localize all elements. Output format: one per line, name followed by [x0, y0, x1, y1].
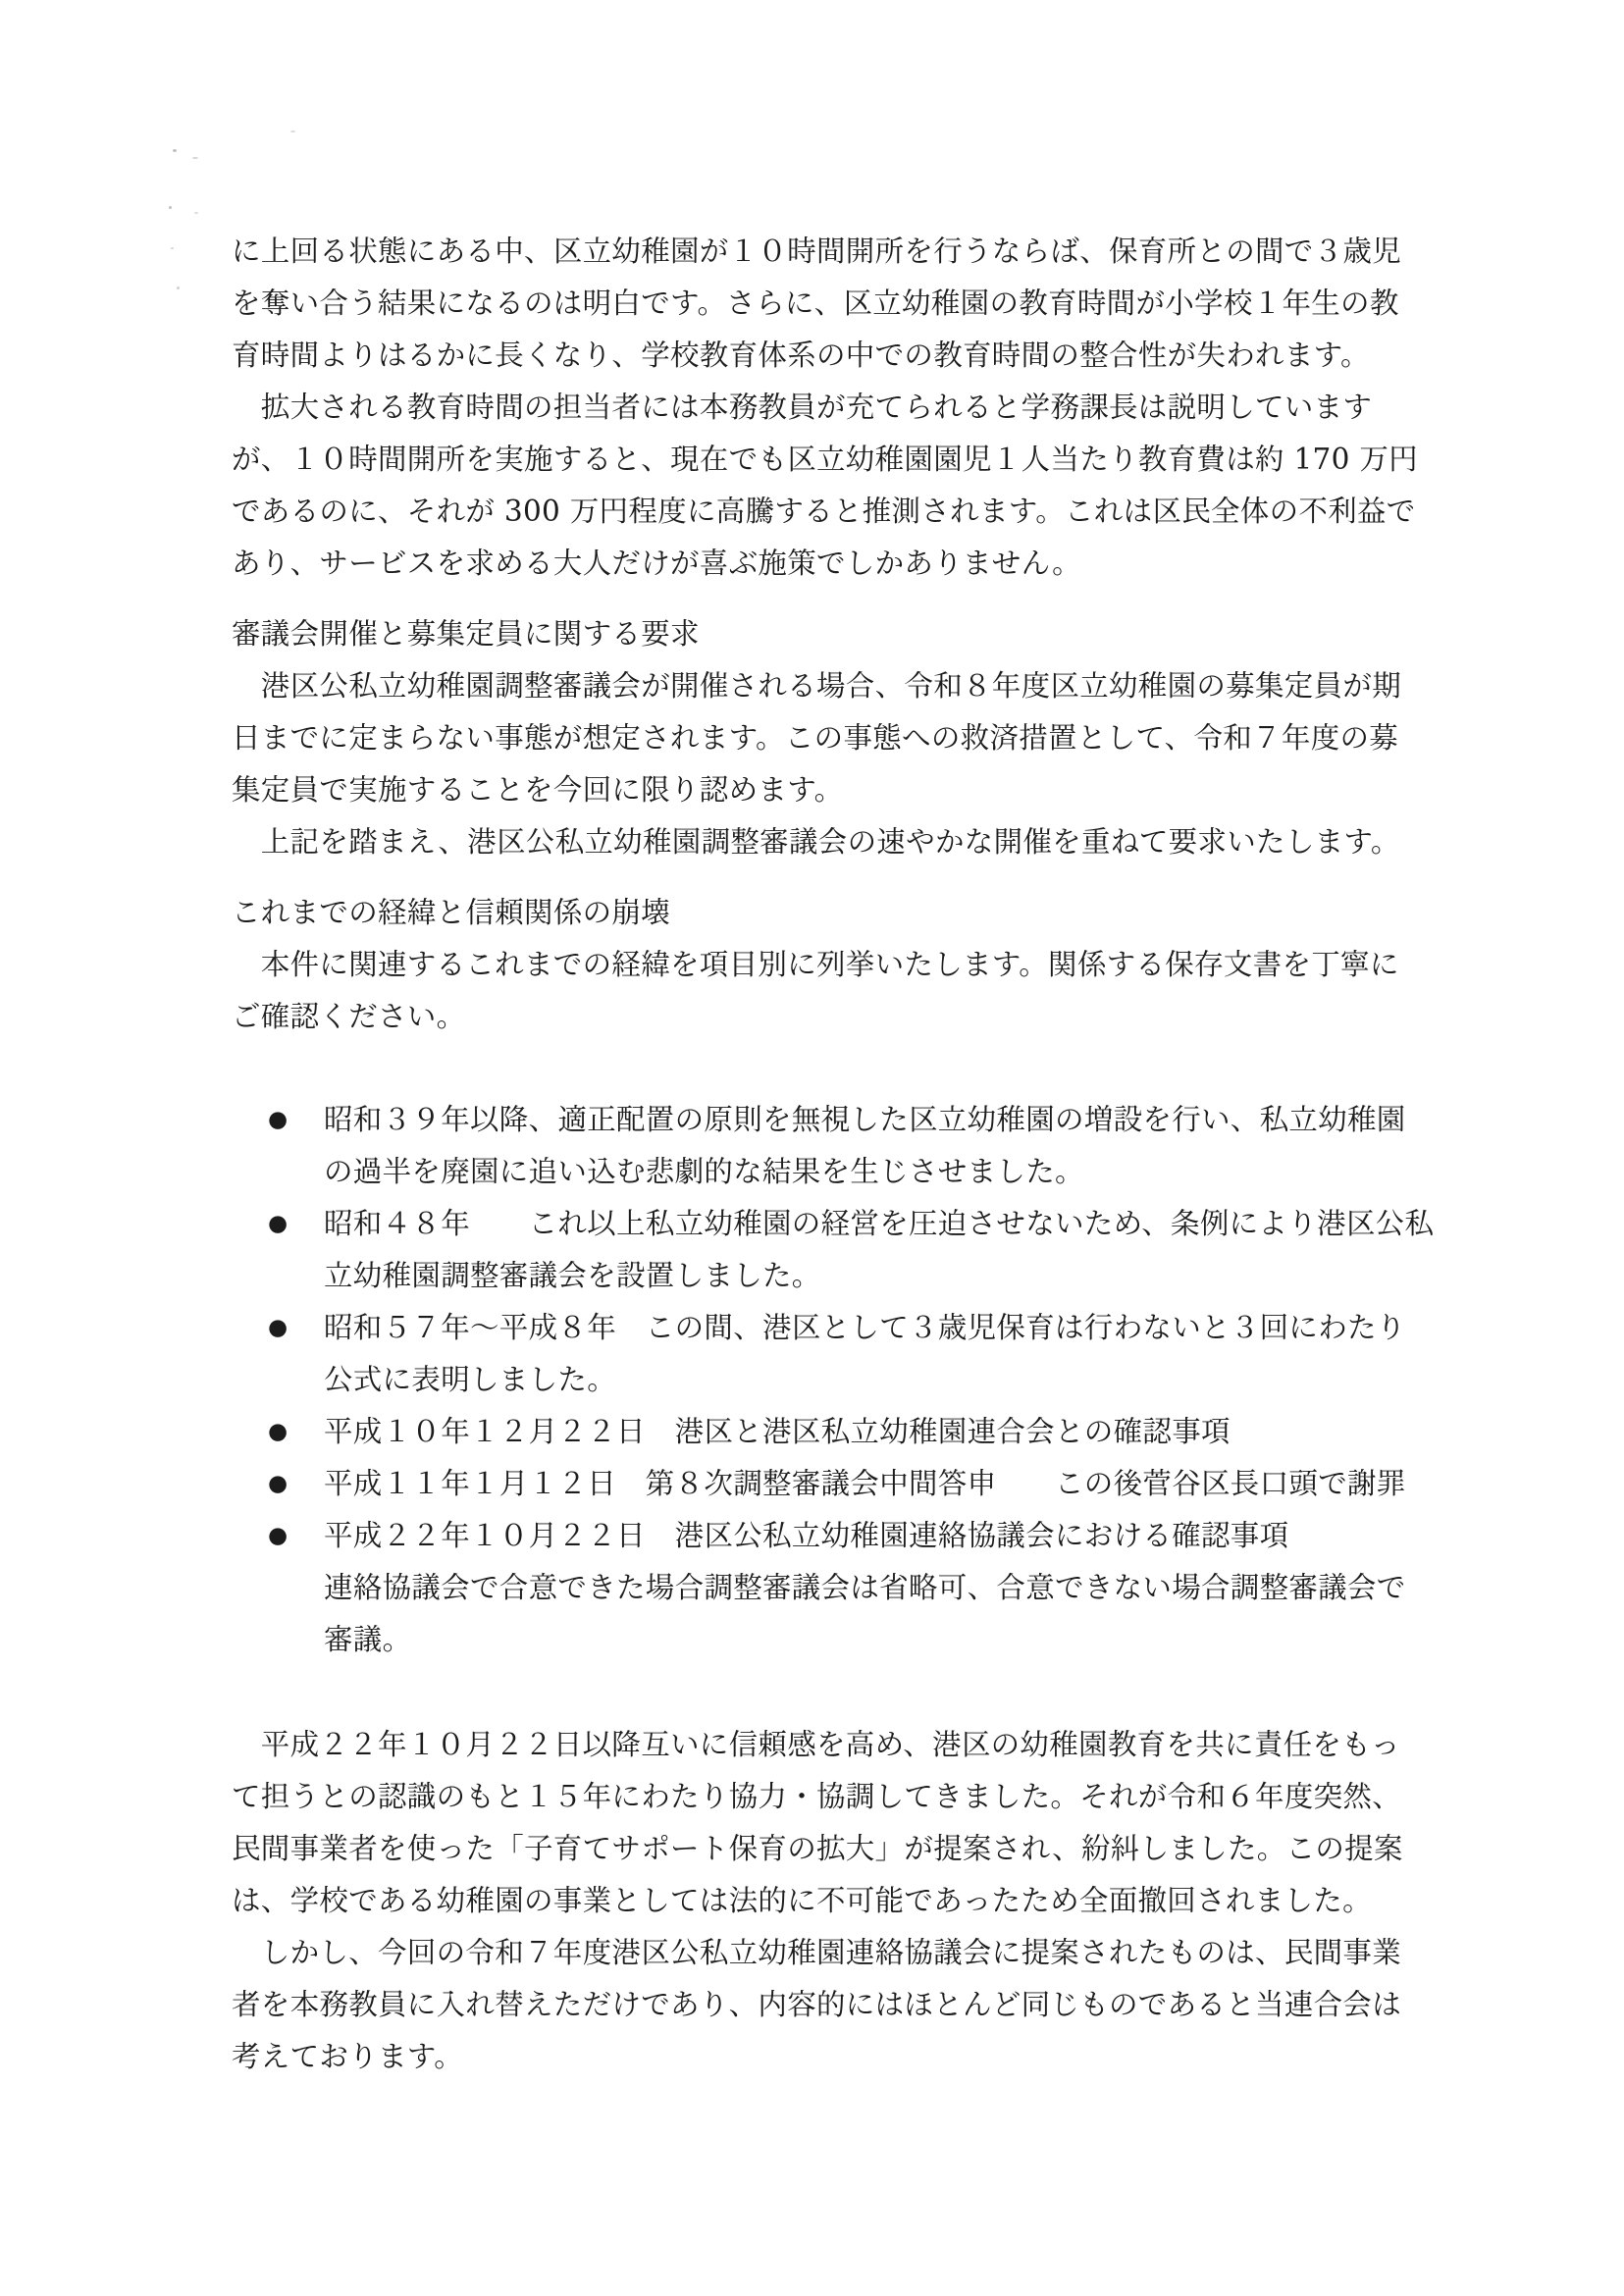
text-line: 上記を踏まえ、港区公私立幼稚園調整審議会の速やかな開催を重ねて要求いたします。 [232, 816, 1409, 868]
paragraph-council-case: 港区公私立幼稚園調整審議会が開催される場合、令和８年度区立幼稚園の募集定員が期 … [232, 660, 1409, 816]
scan-noise [173, 149, 177, 152]
text-line: 者を本務教員に入れ替えただけであり、内容的にはほとんど同じものであると当連合会は [232, 1979, 1409, 2031]
list-item-text: 昭和５７年～平成８年 この間、港区として３歳児保育は行わないと３回にわたり 公式… [324, 1302, 1409, 1406]
list-item: ● 昭和３９年以降、適正配置の原則を無視した区立幼稚園の増設を行い、私立幼稚園 … [268, 1094, 1409, 1198]
text-line: 日までに定まらない事態が想定されます。この事態への救済措置として、令和７年度の募 [232, 712, 1409, 764]
text-line: 拡大される教育時間の担当者には本務教員が充てられると学務課長は説明しています [232, 382, 1409, 434]
paragraph-conclusion: しかし、今回の令和７年度港区公私立幼稚園連絡協議会に提案されたものは、民間事業 … [232, 1927, 1409, 2083]
scan-noise [192, 157, 198, 159]
text-line: 昭和５７年～平成８年 この間、港区として３歳児保育は行わないと３回にわたり [324, 1302, 1409, 1354]
text-line: の過半を廃園に追い込む悲劇的な結果を生じさせました。 [324, 1146, 1409, 1198]
text-line: 本件に関連するこれまでの経緯を項目別に列挙いたします。関係する保存文書を丁寧に [232, 939, 1409, 991]
document-page: に上回る状態にある中、区立幼稚園が１０時間開所を行うならば、保育所との間で３歳児… [0, 0, 1624, 2296]
text-line: 平成１１年１月１２日 第８次調整審議会中間答申 この後菅谷区長口頭で謝罪 [324, 1458, 1409, 1510]
list-item-text: 平成１１年１月１２日 第８次調整審議会中間答申 この後菅谷区長口頭で謝罪 [324, 1458, 1409, 1510]
text-line: 考えております。 [232, 2031, 1409, 2083]
scan-noise [177, 287, 180, 289]
text-line: は、学校である幼稚園の事業としては法的に不可能であったため全面撤回されました。 [232, 1875, 1409, 1927]
text-line: が、１０時間開所を実施すると、現在でも区立幼稚園園児１人当たり教育費は約 170… [232, 434, 1409, 486]
scan-noise [169, 206, 172, 209]
text-line: しかし、今回の令和７年度港区公私立幼稚園連絡協議会に提案されたものは、民間事業 [232, 1927, 1409, 1979]
text-line: 公式に表明しました。 [324, 1354, 1409, 1406]
document-body: に上回る状態にある中、区立幼稚園が１０時間開所を行うならば、保育所との間で３歳児… [232, 226, 1409, 2083]
text-line: て担うとの認識のもと１５年にわたり協力・協調してきました。それが令和６年度突然、 [232, 1771, 1409, 1823]
text-line: を奪い合う結果になるのは明白です。さらに、区立幼稚園の教育時間が小学校１年生の教 [232, 278, 1409, 330]
list-item: ● 昭和５７年～平成８年 この間、港区として３歳児保育は行わないと３回にわたり … [268, 1302, 1409, 1406]
text-line: 昭和４８年 これ以上私立幼稚園の経営を圧迫させないため、条例により港区公私 [324, 1198, 1434, 1250]
text-line: 昭和３９年以降、適正配置の原則を無視した区立幼稚園の増設を行い、私立幼稚園 [324, 1094, 1409, 1146]
list-item-text: 平成１０年１２月２２日 港区と港区私立幼稚園連合会との確認事項 [324, 1406, 1409, 1458]
bullet-icon: ● [268, 1406, 324, 1458]
paragraph-cost-argument: 拡大される教育時間の担当者には本務教員が充てられると学務課長は説明しています が… [232, 382, 1409, 590]
text-line: 育時間よりはるかに長くなり、学校教育体系の中での教育時間の整合性が失われます。 [232, 330, 1409, 382]
history-bullet-list: ● 昭和３９年以降、適正配置の原則を無視した区立幼稚園の増設を行い、私立幼稚園 … [268, 1094, 1409, 1666]
text-line: であるのに、それが 300 万円程度に高騰すると推測されます。これは区民全体の不… [232, 486, 1409, 538]
text-line: 平成２２年１０月２２日以降互いに信頼感を高め、港区の幼稚園教育を共に責任をもっ [232, 1719, 1409, 1771]
bullet-icon: ● [268, 1094, 324, 1146]
text-line: 平成２２年１０月２２日 港区公私立幼稚園連絡協議会における確認事項 [324, 1510, 1409, 1562]
scan-noise [290, 130, 295, 132]
bullet-icon: ● [268, 1198, 324, 1250]
section-heading-history-trust: これまでの経緯と信頼関係の崩壊 [232, 887, 1409, 939]
text-line: に上回る状態にある中、区立幼稚園が１０時間開所を行うならば、保育所との間で３歳児 [232, 226, 1409, 278]
bullet-icon: ● [268, 1458, 324, 1510]
text-line: 港区公私立幼稚園調整審議会が開催される場合、令和８年度区立幼稚園の募集定員が期 [232, 660, 1409, 712]
text-line: 集定員で実施することを今回に限り認めます。 [232, 764, 1409, 816]
text-line: 平成１０年１２月２２日 港区と港区私立幼稚園連合会との確認事項 [324, 1406, 1409, 1458]
section-heading-council-request: 審議会開催と募集定員に関する要求 [232, 608, 1409, 660]
text-line: 審議。 [324, 1614, 1409, 1666]
list-item-text: 昭和３９年以降、適正配置の原則を無視した区立幼稚園の増設を行い、私立幼稚園 の過… [324, 1094, 1409, 1198]
scan-noise [194, 212, 198, 214]
list-item: ● 平成２２年１０月２２日 港区公私立幼稚園連絡協議会における確認事項 連絡協議… [268, 1510, 1409, 1666]
text-line: 民間事業者を使った「子育てサポート保育の拡大」が提案され、紛糾しました。この提案 [232, 1823, 1409, 1875]
list-item: ● 平成１０年１２月２２日 港区と港区私立幼稚園連合会との確認事項 [268, 1406, 1409, 1458]
list-item-text: 昭和４８年 これ以上私立幼稚園の経営を圧迫させないため、条例により港区公私 立幼… [324, 1198, 1434, 1302]
paragraph-continued: に上回る状態にある中、区立幼稚園が１０時間開所を行うならば、保育所との間で３歳児… [232, 226, 1409, 382]
text-line: ご確認ください。 [232, 991, 1409, 1043]
bullet-icon: ● [268, 1302, 324, 1354]
text-line: 立幼稚園調整審議会を設置しました。 [324, 1250, 1434, 1302]
paragraph-request-restated: 上記を踏まえ、港区公私立幼稚園調整審議会の速やかな開催を重ねて要求いたします。 [232, 816, 1409, 868]
text-line: あり、サービスを求める大人だけが喜ぶ施策でしかありません。 [232, 538, 1409, 590]
list-item: ● 昭和４８年 これ以上私立幼稚園の経営を圧迫させないため、条例により港区公私 … [268, 1198, 1409, 1302]
text-line: 連絡協議会で合意できた場合調整審議会は省略可、合意できない場合調整審議会で [324, 1562, 1409, 1614]
list-item-text: 平成２２年１０月２２日 港区公私立幼稚園連絡協議会における確認事項 連絡協議会で… [324, 1510, 1409, 1666]
paragraph-cooperation-history: 平成２２年１０月２２日以降互いに信頼感を高め、港区の幼稚園教育を共に責任をもっ … [232, 1719, 1409, 1927]
paragraph-history-intro: 本件に関連するこれまでの経緯を項目別に列挙いたします。関係する保存文書を丁寧に … [232, 939, 1409, 1043]
list-item: ● 平成１１年１月１２日 第８次調整審議会中間答申 この後菅谷区長口頭で謝罪 [268, 1458, 1409, 1510]
scan-noise [171, 247, 174, 249]
bullet-icon: ● [268, 1510, 324, 1562]
